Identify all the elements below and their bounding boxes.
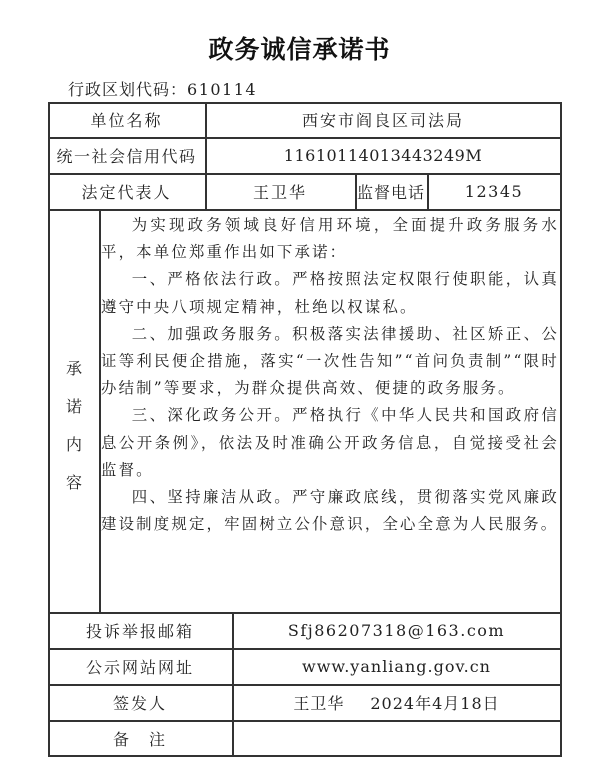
credit-code-label: 统一社会信用代码	[48, 137, 205, 173]
region-code-label: 行政区划代码：	[68, 80, 187, 99]
label-char: 诺	[66, 388, 82, 426]
document-title: 政务诚信承诺书	[0, 30, 599, 66]
label-char: 容	[66, 464, 82, 502]
complaint-email-value[interactable]: Sfj86207318@163.com	[232, 612, 561, 648]
complaint-email-label: 投诉举报邮箱	[48, 612, 232, 648]
unit-name-value: 西安市阎良区司法局	[205, 102, 561, 137]
region-code: 行政区划代码：610114	[68, 77, 257, 100]
website-value[interactable]: www.yanliang.gov.cn	[232, 648, 561, 684]
website-label: 公示网站网址	[48, 648, 232, 684]
remarks-label: 备 注	[48, 720, 232, 756]
commitment-item-4: 四、坚持廉洁从政。严守廉政底线，贯彻落实党风廉政建设制度规定，牢固树立公仆意识，…	[101, 484, 559, 538]
unit-name-label: 单位名称	[48, 102, 205, 137]
legal-rep-label: 法定代表人	[48, 173, 205, 209]
label-char: 承	[66, 350, 82, 388]
label-char: 内	[66, 426, 82, 464]
issuer-label: 签发人	[48, 684, 232, 720]
credit-code-value: 11610114013443249M	[205, 137, 561, 173]
issuer-name: 王卫华	[293, 691, 344, 714]
supervision-phone-value: 12345	[427, 173, 561, 209]
region-code-value: 610114	[187, 80, 257, 99]
commitment-item-2: 二、加强政务服务。积极落实法律援助、社区矫正、公证等利民便企措施，落实“一次性告…	[101, 321, 559, 403]
legal-rep-value: 王卫华	[205, 173, 355, 209]
issue-date: 2024年4月18日	[370, 691, 499, 714]
commitment-content: 为实现政务领域良好信用环境，全面提升政务服务水平，本单位郑重作出如下承诺： 一、…	[101, 212, 559, 538]
commitment-content-label: 承 诺 内 容	[48, 350, 100, 502]
remarks-value	[232, 720, 561, 756]
issuer-value: 王卫华 2024年4月18日	[232, 684, 561, 720]
commitment-intro: 为实现政务领域良好信用环境，全面提升政务服务水平，本单位郑重作出如下承诺：	[101, 212, 559, 266]
table-row-divider	[48, 209, 562, 211]
supervision-phone-label: 监督电话	[355, 173, 427, 209]
commitment-item-3: 三、深化政务公开。严格执行《中华人民共和国政府信息公开条例》，依法及时准确公开政…	[101, 402, 559, 484]
commitment-item-1: 一、严格依法行政。严格按照法定权限行使职能，认真遵守中央八项规定精神，杜绝以权谋…	[101, 266, 559, 320]
